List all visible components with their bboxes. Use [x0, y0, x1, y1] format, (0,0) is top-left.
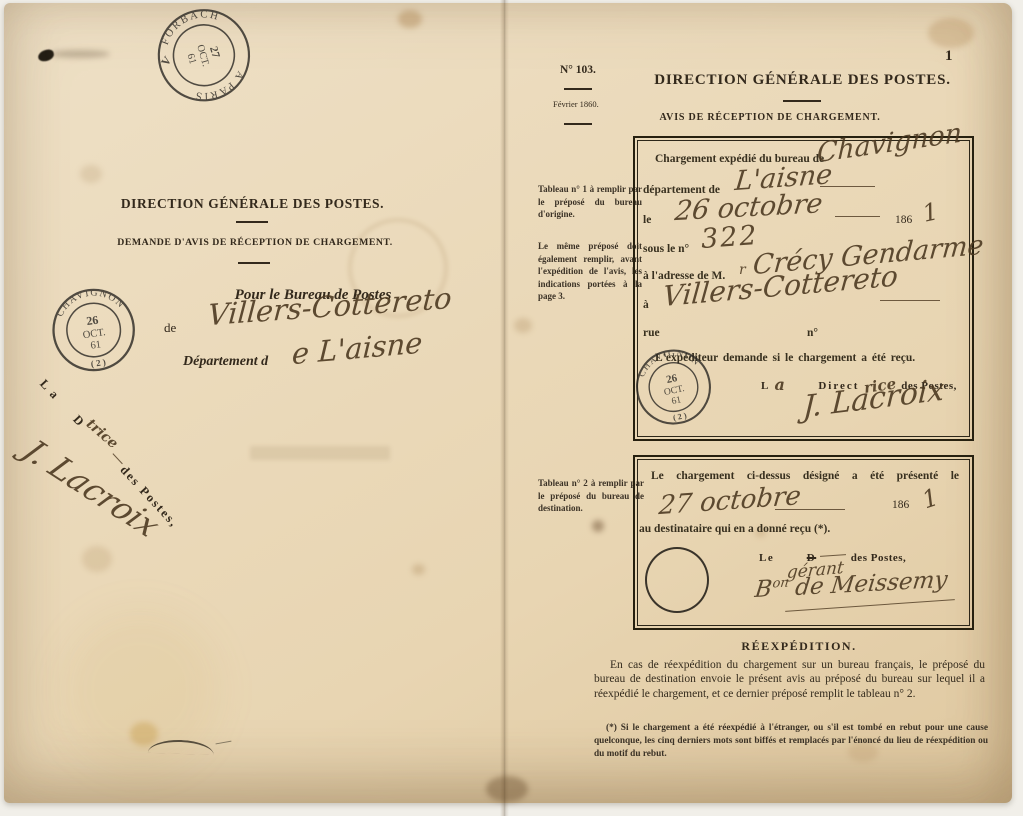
sig-printed-l: L	[761, 380, 770, 392]
insertion-stroke	[113, 453, 123, 464]
form-date-rule	[564, 123, 592, 125]
meissemy-signature: Bon de Meissemy	[753, 567, 949, 603]
flourish-line	[835, 216, 880, 217]
showthrough-text	[250, 446, 390, 460]
postmark-chavignon-box1: CHAVIGNON 26 OCT. 61 ( 2 )	[627, 341, 721, 438]
right-page-subtitle: AVIS DE RÉCEPTION DE CHARGEMENT.	[630, 112, 910, 123]
postmark-chavignon-left: CHAVIGNON 26 OCT. 61 ( 2 )	[45, 281, 143, 383]
stamp-day: 26	[85, 313, 99, 329]
form-number: N° 103.	[560, 64, 596, 76]
signature-prefix: B	[753, 576, 773, 603]
sig-handwritten-a: a	[774, 375, 786, 394]
form-date: Février 1860.	[553, 99, 599, 109]
stain	[412, 564, 425, 575]
year-printed: 186	[892, 499, 909, 511]
margin-note-tableau-1: Tableau n° 1 à remplir par le préposé du…	[538, 183, 642, 221]
fold-smudge	[486, 776, 528, 802]
sig-printed-des-postes: des Postes,	[851, 552, 907, 564]
page-number: 1	[945, 48, 953, 65]
presente-line: Le chargement ci-dessus désigné a été pr…	[651, 470, 959, 482]
numero-handwritten-value: 322	[700, 220, 760, 255]
center-fold	[500, 0, 509, 816]
subtitle-rule	[238, 262, 270, 264]
margin-note-tableau-2: Tableau n° 2 à remplir par le préposé du…	[538, 477, 644, 515]
year-handwritten: 1	[919, 483, 942, 514]
stamp-year: 61	[90, 339, 102, 351]
reexpedition-footnote: (*) Si le chargement a été réexpédié à l…	[594, 722, 988, 761]
title-rule	[236, 221, 268, 223]
date-label: le	[643, 214, 651, 226]
tableau-1-frame: Chargement expédié du bureau de Chavigno…	[633, 136, 974, 441]
flourish-line	[820, 186, 875, 187]
flourish-line	[880, 300, 940, 301]
de-label: de	[164, 320, 176, 336]
reexpedition-heading: RÉEXPÉDITION.	[613, 639, 985, 654]
left-page-title: DIRECTION GÉNÉRALE DES POSTES.	[110, 196, 395, 212]
destinataire-line: au destinataire qui en a donné reçu (*).	[639, 523, 830, 535]
ville-label: à	[643, 299, 649, 311]
presentation-date-handwritten: 27 octobre	[657, 481, 802, 521]
stain	[514, 318, 532, 333]
numero-label: sous le n°	[643, 243, 689, 255]
reexpedition-paragraph: En cas de réexpédition du chargement sur…	[594, 658, 985, 701]
sig-printed-le: Le	[759, 552, 774, 564]
numero-rue-label: n°	[807, 327, 818, 339]
stain	[592, 520, 604, 532]
insertion-stroke	[820, 554, 846, 557]
signature-flourish	[785, 599, 955, 612]
stamp-month: OCT.	[82, 327, 106, 341]
tableau-2-frame: Le chargement ci-dessus désigné a été pr…	[633, 455, 974, 630]
right-page-title: DIRECTION GÉNÉRALE DES POSTES.	[630, 72, 975, 89]
margin-note-meme-prepose: Le même préposé doit également remplir, …	[538, 240, 642, 303]
form-number-rule	[564, 88, 592, 90]
stamp-collection-number: ( 2 )	[90, 357, 106, 369]
stamp-date-year: 61	[185, 52, 198, 65]
year-handwritten: 1	[920, 197, 941, 228]
stamp-placeholder-circle	[645, 547, 709, 613]
departement-label: Département d	[183, 354, 268, 370]
left-page-subtitle: DEMANDE D'AVIS DE RÉCEPTION DE CHARGEMEN…	[110, 237, 400, 248]
ink-streak	[50, 50, 110, 58]
signature-superscript: on	[772, 576, 790, 592]
flourish-line	[775, 509, 845, 510]
stamp-day: 26	[665, 372, 679, 386]
rue-label: rue	[643, 327, 660, 339]
stamp-year: 61	[671, 395, 683, 407]
scanned-postal-document: FORBACH A PARIS V 27 OCT. 61 DIRECTION G…	[0, 0, 1023, 816]
stain	[398, 10, 422, 28]
right-title-rule	[783, 100, 821, 102]
year-printed: 186	[895, 214, 912, 226]
stain	[80, 165, 102, 183]
stain	[928, 18, 974, 48]
stain	[82, 546, 112, 572]
